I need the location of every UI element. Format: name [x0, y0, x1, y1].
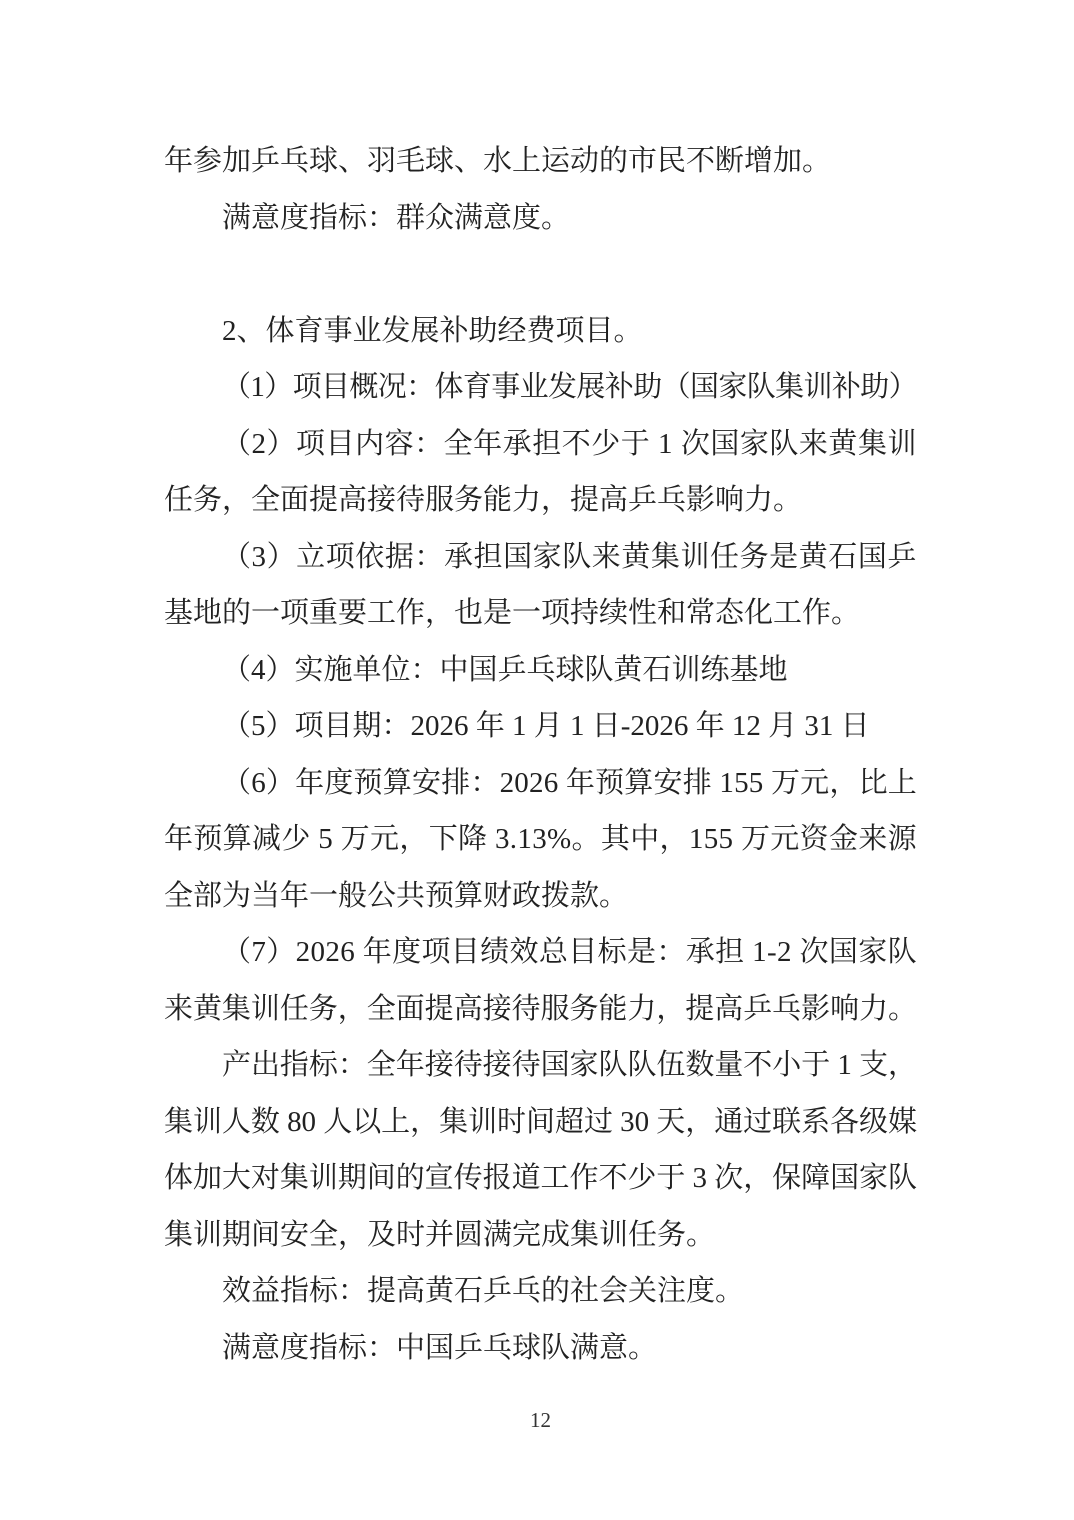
- document-line: 效益指标：提高黄石乒乓的社会关注度。: [164, 1263, 917, 1320]
- document-line: （2）项目内容：全年承担不少于 1 次国家队来黄集训: [164, 416, 917, 473]
- document-line: （5）项目期：2026 年 1 月 1 日-2026 年 12 月 31 日: [164, 698, 917, 755]
- document-line: 集训人数 80 人以上，集训时间超过 30 天，通过联系各级媒: [164, 1094, 917, 1151]
- document-line: 满意度指标：中国乒乓球队满意。: [164, 1320, 917, 1377]
- document-line: （7）2026 年度项目绩效总目标是：承担 1-2 次国家队: [164, 924, 917, 981]
- document-line: （4）实施单位：中国乒乓球队黄石训练基地: [164, 642, 917, 699]
- document-line: 全部为当年一般公共预算财政拨款。: [164, 868, 917, 925]
- document-line: 集训期间安全，及时并圆满完成集训任务。: [164, 1207, 917, 1264]
- document-line: 满意度指标：群众满意度。: [164, 190, 917, 247]
- document-line: 体加大对集训期间的宣传报道工作不少于 3 次，保障国家队: [164, 1150, 917, 1207]
- document-page: 年参加乒乓球、羽毛球、水上运动的市民不断增加。 满意度指标：群众满意度。 2、体…: [0, 0, 1074, 1520]
- document-line: 基地的一项重要工作，也是一项持续性和常态化工作。: [164, 585, 917, 642]
- page-number: 12: [164, 1406, 917, 1434]
- document-line: （3）立项依据：承担国家队来黄集训任务是黄石国乒: [164, 529, 917, 586]
- document-line: （6）年度预算安排：2026 年预算安排 155 万元，比上: [164, 755, 917, 812]
- document-body: 年参加乒乓球、羽毛球、水上运动的市民不断增加。 满意度指标：群众满意度。 2、体…: [164, 133, 917, 1376]
- document-line: （1）项目概况：体育事业发展补助（国家队集训补助）: [164, 359, 917, 416]
- document-line: 年预算减少 5 万元，下降 3.13%。其中，155 万元资金来源: [164, 811, 917, 868]
- document-line: 产出指标：全年接待接待国家队队伍数量不小于 1 支，: [164, 1037, 917, 1094]
- document-line: 来黄集训任务，全面提高接待服务能力，提高乒乓影响力。: [164, 981, 917, 1038]
- document-line: 2、体育事业发展补助经费项目。: [164, 303, 917, 360]
- document-line: 年参加乒乓球、羽毛球、水上运动的市民不断增加。: [164, 133, 917, 190]
- document-line: 任务，全面提高接待服务能力，提高乒乓影响力。: [164, 472, 917, 529]
